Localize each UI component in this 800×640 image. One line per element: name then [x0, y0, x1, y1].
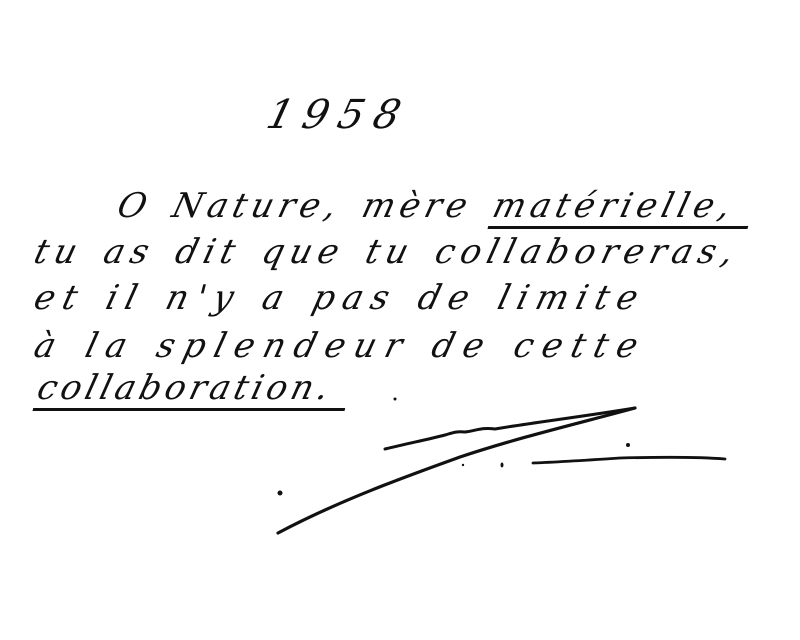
- word: as: [100, 232, 160, 272]
- word: dit: [171, 232, 245, 272]
- word: cette: [509, 326, 651, 366]
- word: il: [102, 278, 150, 318]
- note-date: 1958: [262, 92, 415, 138]
- word: a: [258, 278, 296, 318]
- word: n'y: [162, 278, 246, 318]
- word: la: [81, 326, 140, 366]
- word: que: [258, 232, 350, 272]
- text-line-4: àlasplendeurdecette: [30, 326, 651, 366]
- word: O: [113, 186, 156, 226]
- word: à: [30, 326, 69, 366]
- word: tu: [361, 232, 419, 272]
- text-line-3: etiln'yapasdelimite: [30, 278, 650, 318]
- word: pas: [308, 278, 401, 318]
- text-line-2: tuasditquetucollaboreras,: [30, 232, 744, 272]
- word: de: [414, 278, 482, 318]
- word: splendeur: [152, 326, 415, 366]
- word: tu: [30, 232, 88, 272]
- word: matérielle,: [488, 186, 758, 229]
- signature-flourish-icon: [260, 395, 740, 545]
- word: collaboreras,: [431, 232, 744, 272]
- word: limite: [494, 278, 651, 318]
- word: et: [30, 278, 90, 318]
- word: mère: [358, 186, 477, 226]
- word: Nature,: [168, 186, 346, 226]
- handwritten-note-page: 1958 ONature,mèrematérielle, tuasditquet…: [0, 0, 800, 640]
- word: de: [428, 326, 498, 366]
